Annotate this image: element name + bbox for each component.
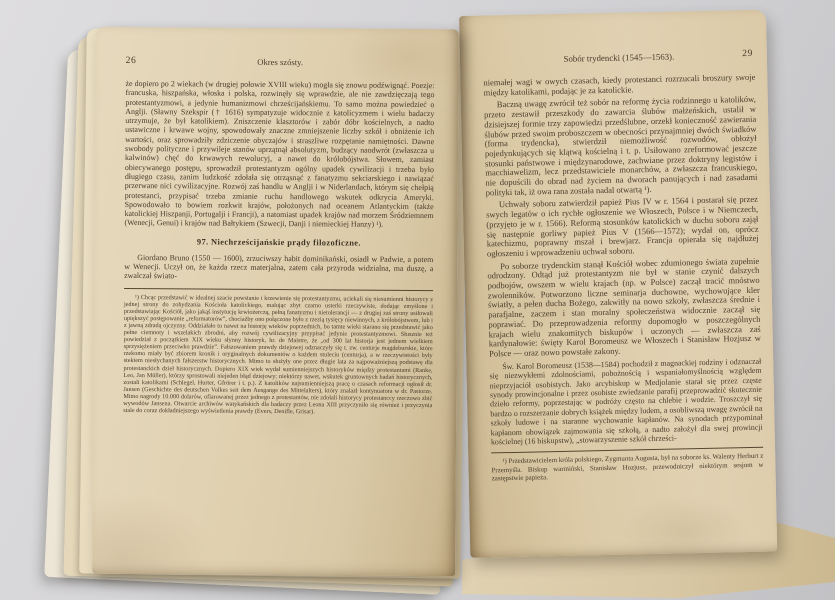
footnote-text: ¹) Przedstawicielem króla polskiego, Zyg…	[491, 453, 763, 483]
page-number: 29	[742, 49, 753, 59]
body-paragraph: że dopiero po 2 wiekach (w drugiej połow…	[125, 79, 435, 230]
footnote-rule	[491, 447, 763, 454]
left-page-header: 26 Okres szósty.	[126, 57, 435, 68]
footnote-rule	[124, 288, 433, 291]
page-number: 26	[126, 56, 137, 65]
body-paragraph: Św. Karol Boromeusz (1538—1584) pochodzi…	[489, 356, 763, 446]
footnote-text: ¹) Chcąc przedstawić w idealnej szacie p…	[123, 294, 433, 417]
running-header: Sobór trydencki (1545—1563).	[563, 52, 674, 64]
running-header: Okres szósty.	[257, 57, 303, 67]
body-paragraph: Giordano Bruno (1550 — 1600), zrzuciwszy…	[124, 253, 433, 283]
body-paragraph: Uchwały soboru zatwierdził papież Pius I…	[486, 195, 759, 259]
body-paragraph: Baczną uwagę zwrócił też sobór na reform…	[484, 95, 758, 198]
right-page-header: Sobór trydencki (1545—1563). 29	[483, 50, 755, 66]
body-paragraph: Po soborze trydenckim stanął Kościół wob…	[487, 256, 761, 359]
book-page-right: Sobór trydencki (1545—1563). 29 niemałej…	[459, 10, 777, 558]
book-page-left: 26 Okres szósty. że dopiero po 2 wiekach…	[92, 27, 459, 577]
section-heading: 97. Niechrześcijańskie prądy filozoficzn…	[124, 237, 433, 248]
photo-backdrop: Sobór trydencki (1545—1563). 29 niemałej…	[0, 0, 835, 600]
